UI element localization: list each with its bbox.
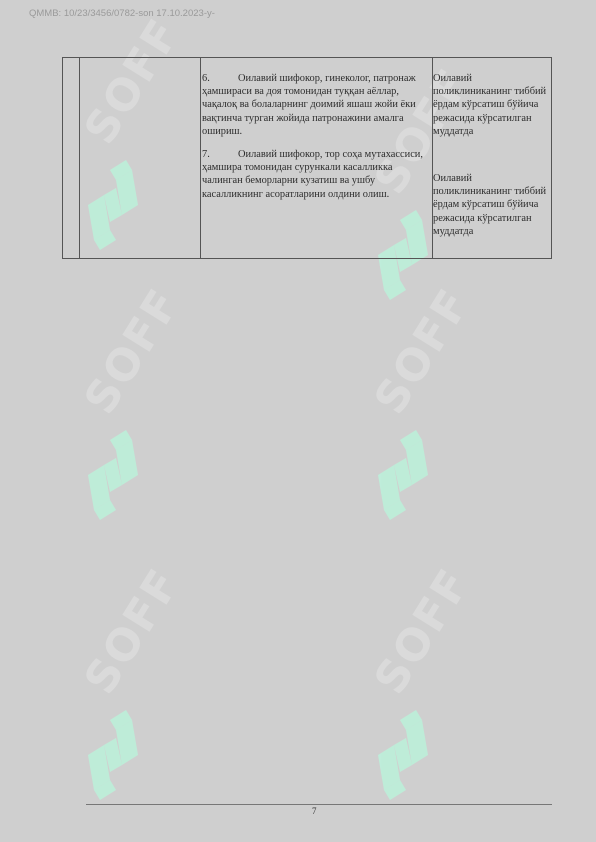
soff-logo-icon (80, 710, 150, 810)
task-number: 6. (202, 72, 238, 85)
registration-stamp: QMMB: 10/23/3456/0782-son 17.10.2023-y- (29, 8, 259, 20)
watermark-text: SOFF (365, 560, 481, 703)
task-item: 7.Оилавий шифокор, тор соҳа мутахассиси,… (202, 148, 432, 201)
deadline-cell: Оилавий поликлиниканинг тиббий ёрдам кўр… (433, 72, 552, 138)
watermark: SOFF (80, 610, 240, 810)
watermark: SOFF (80, 330, 240, 530)
task-cell: 6.Оилавий шифокор, гинеколог, патронаж ҳ… (202, 72, 432, 211)
soff-logo-icon (80, 430, 150, 530)
task-number: 7. (202, 148, 238, 161)
page-number: 7 (312, 806, 317, 816)
column-divider (200, 58, 201, 258)
watermark: SOFF (370, 330, 530, 530)
watermark: SOFF (370, 610, 530, 810)
task-item: 6.Оилавий шифокор, гинеколог, патронаж ҳ… (202, 72, 432, 138)
tasks-table: 6.Оилавий шифокор, гинеколог, патронаж ҳ… (62, 57, 552, 259)
watermark-text: SOFF (75, 280, 191, 423)
deadline-cell: Оилавий поликлиниканинг тиббий ёрдам кўр… (433, 172, 552, 238)
watermark-text: SOFF (365, 280, 481, 423)
footer-divider (86, 804, 552, 805)
column-divider (79, 58, 80, 258)
watermark-text: SOFF (75, 560, 191, 703)
soff-logo-icon (370, 710, 440, 810)
soff-logo-icon (370, 430, 440, 530)
